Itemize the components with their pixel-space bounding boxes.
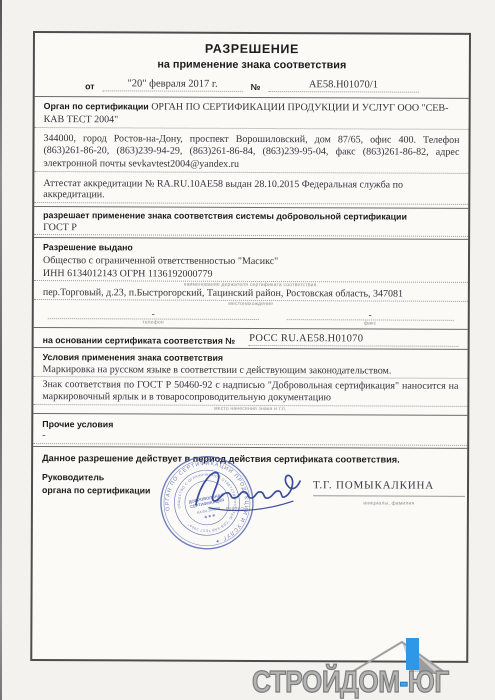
section-divider <box>33 413 467 416</box>
cert-body-address-line3: электронной почты sevkavtest2004@yandex.… <box>34 158 468 174</box>
issued-heading: Разрешение выдано <box>34 242 468 254</box>
mark-place-caption: место нанесения знака и т.п. <box>33 405 467 413</box>
certificate-frame: РАЗРЕШЕНИЕ на применение знака соответст… <box>30 31 471 663</box>
fax-caption: факс <box>286 320 453 327</box>
section-divider <box>33 446 467 449</box>
section-divider <box>34 206 468 209</box>
scan-edge-shadow <box>0 0 2 700</box>
permission-label: разрешает применение знака соответствия … <box>34 210 468 222</box>
section-divider <box>35 96 469 99</box>
date-label: от <box>85 81 95 91</box>
permit-subtitle: на применение знака соответствия <box>35 58 469 72</box>
cert-body-label: Орган по сертификации <box>44 101 149 111</box>
signature-area: Руководитель органа по сертификации ОРГА… <box>32 468 467 620</box>
signatory-role-line2: органа по сертификации <box>42 485 151 495</box>
permit-title: РАЗРЕШЕНИЕ <box>35 41 469 57</box>
conditions-line1: Маркировка на русском языке в соответств… <box>33 364 467 379</box>
signatory-name-caption: инициалы, фамилия <box>313 500 465 507</box>
basis-value: РОСС RU.АЕ58.Н01070 <box>249 333 459 347</box>
other-conditions-value: - <box>33 431 467 446</box>
signatory-role-line1: Руководитель <box>42 472 104 482</box>
issued-address-caption: местонахождение <box>34 300 468 308</box>
phone-column: - телефон <box>34 309 273 326</box>
basis-row: на основании сертификата соответствия № … <box>34 332 468 347</box>
watermark-text-main: СТРОЙДОМ <box>252 665 400 699</box>
section-divider <box>34 347 468 350</box>
watermark-text: СТРОЙДОМ-ЮГ <box>252 666 449 697</box>
permission-value: ГОСТ Р <box>34 222 468 237</box>
cert-body-row: Орган по сертификации ОРГАН ПО СЕРТИФИКА… <box>35 100 469 130</box>
phone-fax-row: - телефон - факс <box>34 309 468 327</box>
number-label: № <box>251 82 261 92</box>
signatory-name: Т.Г. ПОМЫКАЛКИНА <box>313 479 465 497</box>
accreditation-line: Аттестат аккредитации № RA.RU.10АЕ58 выд… <box>34 178 468 205</box>
date-number-row: от "20" февраля 2017 г. № АЕ58.Н01070/1 <box>35 78 469 93</box>
other-conditions-heading: Прочие условия <box>33 419 467 431</box>
date-value: "20" февраля 2017 г. <box>103 78 243 92</box>
signatory-name-block: Т.Г. ПОМЫКАЛКИНА инициалы, фамилия <box>313 479 465 507</box>
issued-name: Общество с ограниченной ответственностью… <box>34 255 468 268</box>
fax-column: - факс <box>272 310 467 327</box>
phone-caption: телефон <box>48 319 259 326</box>
number-value: АЕ58.Н01070/1 <box>268 79 418 93</box>
watermark-dash: - <box>400 665 408 699</box>
conditions-heading: Условия применения знака соответствия <box>34 352 468 364</box>
watermark-logo: СТРОЙДОМ-ЮГ <box>252 634 494 700</box>
basis-label: на основании сертификата соответствия № <box>43 335 235 346</box>
watermark-text-suffix: ЮГ <box>408 665 449 699</box>
section-divider <box>34 327 468 330</box>
signature-caption: подпись <box>203 506 269 512</box>
section-divider <box>34 237 468 240</box>
